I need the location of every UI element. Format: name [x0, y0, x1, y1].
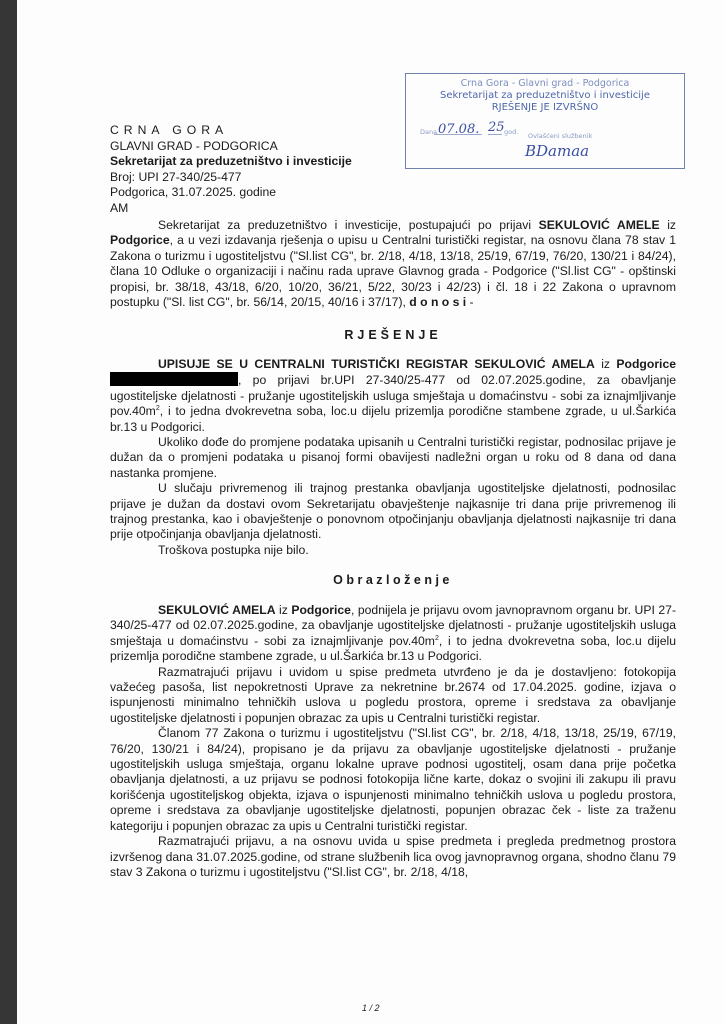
header-initials: AM: [110, 201, 352, 217]
reasoning-section: SEKULOVIĆ AMELA iz Podgorice, podnijela …: [110, 603, 676, 880]
stamp-authority: Crna Gora - Glavni grad - Podgorica: [406, 78, 684, 89]
decision-verb: d o n o s i: [409, 295, 466, 309]
reasoning-title: Obrazloženje: [110, 573, 676, 587]
redacted-block: [110, 372, 238, 386]
reasoning-paragraph-4: Razmatrajući prijavu, a na osnovu uvida …: [110, 834, 676, 880]
header-secretariat: Sekretarijat za preduzetništvo i investi…: [110, 154, 352, 170]
decision-section: UPISUJE SE U CENTRALNI TURISTIČKI REGIST…: [110, 357, 676, 558]
header-country: CRNA GORA: [110, 123, 352, 139]
header-number: Broj: UPI 27-340/25-477: [110, 170, 352, 186]
decision-paragraph-1: UPISUJE SE U CENTRALNI TURISTIČKI REGIST…: [110, 357, 676, 435]
stamp-year-value: 25: [488, 120, 505, 135]
header-date: Podgorica, 31.07.2025. godine: [110, 185, 352, 201]
signature: BDamaa: [525, 142, 589, 160]
decision-paragraph-3: U slučaju privremenog ili trajnog presta…: [110, 481, 676, 543]
intro-paragraph: Sekretarijat za preduzetništvo i investi…: [110, 218, 676, 310]
header-city: GLAVNI GRAD - PODGORICA: [110, 139, 352, 155]
reasoning-paragraph-2: Razmatrajući prijavu i uvidom u spise pr…: [110, 665, 676, 727]
stamp-secretariat: Sekretarijat za preduzetništvo i investi…: [406, 90, 684, 101]
execution-stamp: Crna Gora - Glavni grad - Podgorica Sekr…: [405, 73, 685, 169]
reasoning-paragraph-1: SEKULOVIĆ AMELA iz Podgorice, podnijela …: [110, 603, 676, 665]
stamp-status: RJEŠENJE JE IZVRŠNO: [406, 102, 684, 113]
stamp-date-row: Dana 07.08. 25 god. Ovlašćeni službenik …: [420, 128, 680, 136]
document-header: CRNA GORA GLAVNI GRAD - PODGORICA Sekret…: [110, 123, 352, 217]
reasoning-paragraph-3: Članom 77 Zakona o turizmu i ugostiteljs…: [110, 726, 676, 834]
stamp-official-label: Ovlašćeni službenik: [528, 132, 592, 140]
stamp-date-value: 07.08.: [438, 122, 479, 137]
applicant-name: SEKULOVIĆ AMELE: [539, 218, 660, 232]
page-number: 1 / 2: [362, 1003, 380, 1013]
decision-paragraph-2: Ukoliko dođe do promjene podataka upisan…: [110, 435, 676, 481]
stamp-year-suffix: god.: [504, 128, 518, 136]
decision-title: RJEŠENJE: [110, 328, 676, 342]
scan-edge: [0, 0, 17, 1024]
decision-paragraph-4: Troškova postupka nije bilo.: [110, 543, 676, 558]
